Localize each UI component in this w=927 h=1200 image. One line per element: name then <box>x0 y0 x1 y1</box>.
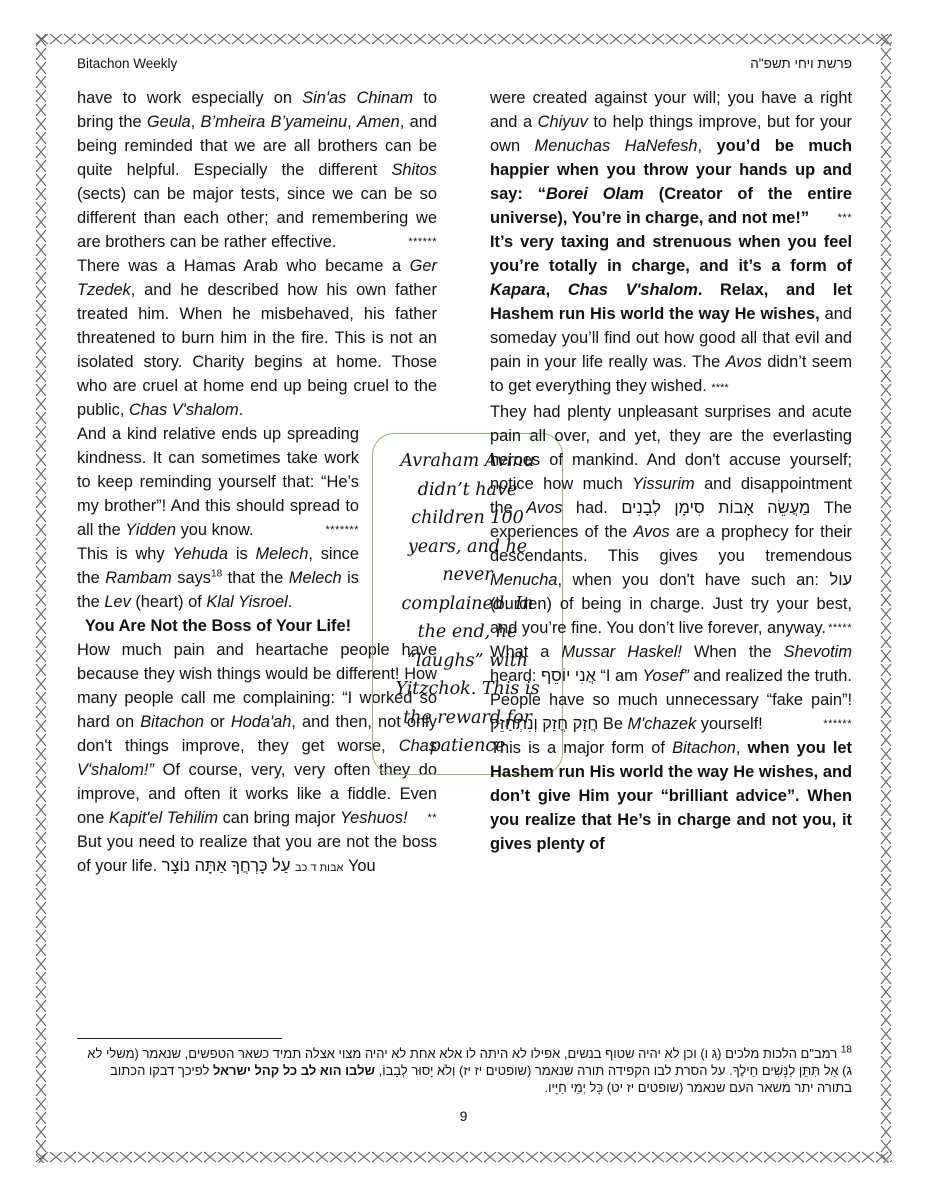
italic-term: Melech <box>289 569 342 587</box>
text: When the <box>682 643 784 661</box>
text: , when you don't have such an: <box>557 571 829 589</box>
italic-term: Yosef” <box>642 667 688 685</box>
hebrew-source: אבות ד כב <box>295 862 344 874</box>
italic-term: Mussar Haskel! <box>561 643 681 661</box>
italic-term: Avos <box>726 353 762 371</box>
hebrew-quote: חֲזַק חֲזַק וְנִתְחַזֵּק <box>490 715 598 733</box>
text: This is why <box>77 545 172 563</box>
text: You <box>343 857 375 875</box>
paragraph: What a Mussar Haskel! When the Shevotim … <box>490 640 852 736</box>
border-top <box>35 33 892 45</box>
right-column: were created against your will; you have… <box>490 86 852 856</box>
text: . <box>239 401 244 419</box>
section-separator-stars: ****** <box>823 712 852 736</box>
italic-term: M'chazek <box>628 715 697 733</box>
italic-term: Kapit'el Tehilim <box>109 809 218 827</box>
italic-term: Sin'as Chinam <box>302 89 413 107</box>
page-header: Bitachon Weekly פרשת ויחי תשפ"ה <box>77 56 852 76</box>
hebrew-quote: מַעֲשֵׂה אָבוֹת סִימָן לְבָנִים <box>621 499 810 517</box>
text: had. <box>562 499 621 517</box>
italic-term: Geula <box>147 113 191 131</box>
section-separator-stars: *** <box>838 206 852 230</box>
italic-term: Yehuda <box>172 545 228 563</box>
italic-term: Lev <box>104 593 130 611</box>
text: heard: <box>490 667 541 685</box>
italic-term: Yidden <box>125 521 176 539</box>
bold-text: It’s very taxing and strenuous when you … <box>490 233 852 275</box>
footnote-separator <box>77 1038 282 1039</box>
text: , <box>347 113 357 131</box>
section-separator-stars: ******* <box>326 518 359 542</box>
paragraph: were created against your will; you have… <box>490 86 852 230</box>
text: , <box>736 739 748 757</box>
text: , and he described how his own father tr… <box>77 281 437 419</box>
paragraph: They had plenty unpleasant surprises and… <box>490 400 852 640</box>
text: yourself! <box>696 715 763 733</box>
hebrew-quote: אֲנִי יוֹסֵף <box>541 667 596 685</box>
paragraph: But you need to realize that you are not… <box>77 830 437 880</box>
bold-italic-term: Chas V'shalom <box>568 281 698 299</box>
text: (sects) can be major tests, since we can… <box>77 185 437 251</box>
text: This is a major form of <box>490 739 672 757</box>
italic-term: B’mheira B’yameinu <box>201 113 348 131</box>
page-number: 9 <box>0 1108 927 1124</box>
italic-term: Chas V'shalom <box>129 401 239 419</box>
italic-term: Avos <box>526 499 562 517</box>
hebrew-quote: עַל כָּרְחֲךָ אַתָּה נוֹצָר <box>162 857 291 875</box>
italic-term: Hoda'ah <box>231 713 292 731</box>
footnote-bold-text: שלבו הוא לב <box>301 1063 375 1078</box>
section-heading: You Are Not the Boss of Your Life! <box>77 614 359 638</box>
text: , <box>698 137 717 155</box>
text: Be <box>598 715 627 733</box>
paragraph: have to work especially on Sin'as Chinam… <box>77 86 437 254</box>
footnote-bold-text: כל קהל ישראל <box>213 1063 297 1078</box>
bold-text: , <box>546 281 568 299</box>
bold-italic-term: Kapara <box>490 281 546 299</box>
italic-term: Melech <box>256 545 309 563</box>
italic-term: Yeshuos! <box>340 809 407 827</box>
paragraph: It’s very taxing and strenuous when you … <box>490 230 852 400</box>
bold-italic-term: Borei Olam <box>546 185 644 203</box>
text: (burden) of being in charge. Just try yo… <box>490 595 852 637</box>
footnote-ref[interactable]: 18 <box>211 569 222 580</box>
italic-term: Menuchas HaNefesh <box>535 137 698 155</box>
border-right <box>880 33 892 1163</box>
paragraph: This is why Yehuda is Melech, since the … <box>77 542 359 614</box>
text: or <box>204 713 231 731</box>
paragraph: And a kind relative ends up spreading ki… <box>77 422 359 542</box>
hebrew-word: עול <box>830 571 852 589</box>
footnote-18: 18 רמב"ם הלכות מלכים (ג ו) וכן לא יהיה ש… <box>77 1045 852 1096</box>
italic-term: Bitachon <box>672 739 736 757</box>
footnote-marker: 18 <box>841 1045 852 1056</box>
footnotes: 18 רמב"ם הלכות מלכים (ג ו) וכן לא יהיה ש… <box>77 1045 852 1096</box>
italic-term: Shitos <box>391 161 437 179</box>
border-left <box>35 33 47 1163</box>
text: , <box>191 113 201 131</box>
publication-title: Bitachon Weekly <box>77 56 177 71</box>
section-separator-stars: ****** <box>408 230 437 254</box>
italic-term: Bitachon <box>140 713 204 731</box>
italic-term: Yissurim <box>632 475 695 493</box>
text: that the <box>222 569 289 587</box>
footnote-text: רמב"ם הלכות מלכים (ג ו) וכן לא יהיה שטוף… <box>185 1046 841 1061</box>
text: (heart) of <box>131 593 207 611</box>
italic-term: Shevotim <box>784 643 852 661</box>
italic-term: Rambam <box>105 569 172 587</box>
text: What a <box>490 643 561 661</box>
italic-term: Klal Yisroel <box>206 593 287 611</box>
text: you know. <box>176 521 253 539</box>
italic-term: Avos <box>634 523 670 541</box>
text: There was a Hamas Arab who became a <box>77 257 410 275</box>
section-separator-stars: ***** <box>828 616 852 640</box>
parsha-title: פרשת ויחי תשפ"ה <box>750 56 852 71</box>
text: . <box>288 593 293 611</box>
section-separator-stars: **** <box>711 382 728 394</box>
border-bottom <box>35 1151 892 1163</box>
section-separator-stars: ** <box>427 806 437 830</box>
italic-term: Chiyuv <box>538 113 588 131</box>
italic-term: Menucha <box>490 571 557 589</box>
text: is <box>228 545 255 563</box>
text: “I am <box>596 667 643 685</box>
text: can bring major <box>218 809 340 827</box>
italic-term: Amen <box>357 113 400 131</box>
text: says <box>172 569 211 587</box>
paragraph: There was a Hamas Arab who became a Ger … <box>77 254 437 422</box>
text: have to work especially on <box>77 89 302 107</box>
paragraph: This is a major form of Bitachon, when y… <box>490 736 852 856</box>
